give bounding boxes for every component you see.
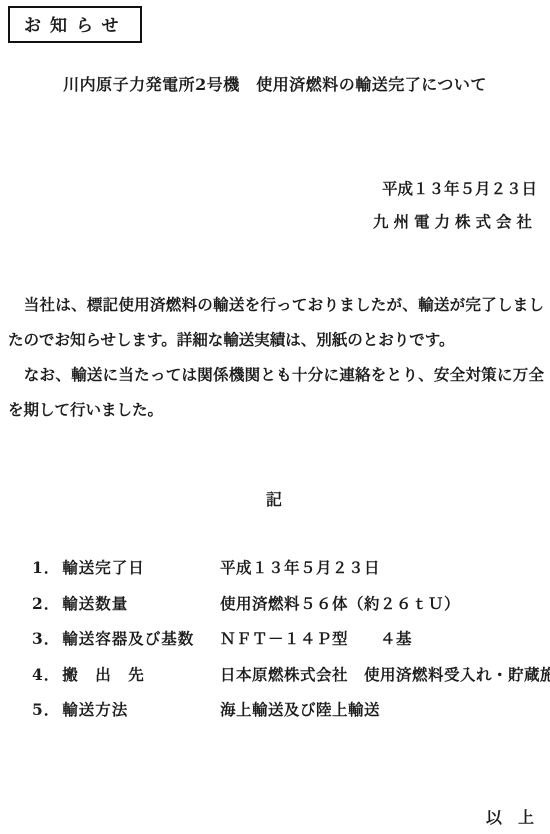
list-item: 3．輸送容器及び基数 ＮＦＴ－１４Ｐ型 ４基 xyxy=(32,628,546,650)
item-head: 4．搬 出 先 xyxy=(32,664,220,686)
item-number: 2． xyxy=(32,593,60,615)
item-label: 搬 出 先 xyxy=(62,665,145,684)
item-value: ＮＦＴ－１４Ｐ型 ４基 xyxy=(220,628,546,650)
item-value: 平成１３年５月２３日 xyxy=(220,557,546,579)
list-item: 2．輸送数量 使用済燃料５６体（約２６ｔＵ） xyxy=(32,593,546,615)
item-label: 輸送完了日 xyxy=(62,558,145,577)
record-heading: 記 xyxy=(0,487,550,510)
item-label: 輸送容器及び基数 xyxy=(62,629,194,648)
body-paragraph-1: 当社は、標記使用済燃料の輸送を行っておりましたが、輸送が完了しましたのでお知らせ… xyxy=(8,287,544,357)
notice-badge: お知らせ xyxy=(8,6,142,43)
item-head: 3．輸送容器及び基数 xyxy=(32,628,220,650)
detail-list: 1．輸送完了日 平成１３年５月２３日 2．輸送数量 使用済燃料５６体（約２６ｔＵ… xyxy=(32,557,546,735)
item-value: 使用済燃料５６体（約２６ｔＵ） xyxy=(220,593,546,615)
item-number: 5． xyxy=(32,699,60,721)
document-title: 川内原子力発電所2号機 使用済燃料の輸送完了について xyxy=(0,72,550,95)
document-page: お知らせ 川内原子力発電所2号機 使用済燃料の輸送完了について 平成１３年５月２… xyxy=(0,0,550,834)
item-head: 2．輸送数量 xyxy=(32,593,220,615)
body-paragraph-2: なお、輸送に当たっては関係機関とも十分に連絡をとり、安全対策に万全を期して行いま… xyxy=(8,357,544,427)
item-number: 3． xyxy=(32,628,60,650)
company-name: 九州電力株式会社 xyxy=(373,205,537,238)
item-value: 日本原燃株式会社 使用済燃料受入れ・貯蔵施設 xyxy=(220,664,550,686)
closing-mark: 以 上 xyxy=(486,805,534,828)
item-number: 4． xyxy=(32,664,60,686)
item-label: 輸送数量 xyxy=(62,594,128,613)
item-label: 輸送方法 xyxy=(62,700,128,719)
item-head: 5．輸送方法 xyxy=(32,699,220,721)
item-value: 海上輸送及び陸上輸送 xyxy=(220,699,546,721)
body-text: 当社は、標記使用済燃料の輸送を行っておりましたが、輸送が完了しましたのでお知らせ… xyxy=(8,287,544,427)
list-item: 1．輸送完了日 平成１３年５月２３日 xyxy=(32,557,546,579)
item-head: 1．輸送完了日 xyxy=(32,557,220,579)
item-number: 1． xyxy=(32,557,60,579)
document-meta: 平成１３年５月２３日 九州電力株式会社 xyxy=(373,172,537,238)
issue-date: 平成１３年５月２３日 xyxy=(373,172,537,205)
list-item: 4．搬 出 先 日本原燃株式会社 使用済燃料受入れ・貯蔵施設 xyxy=(32,664,546,686)
list-item: 5．輸送方法 海上輸送及び陸上輸送 xyxy=(32,699,546,721)
